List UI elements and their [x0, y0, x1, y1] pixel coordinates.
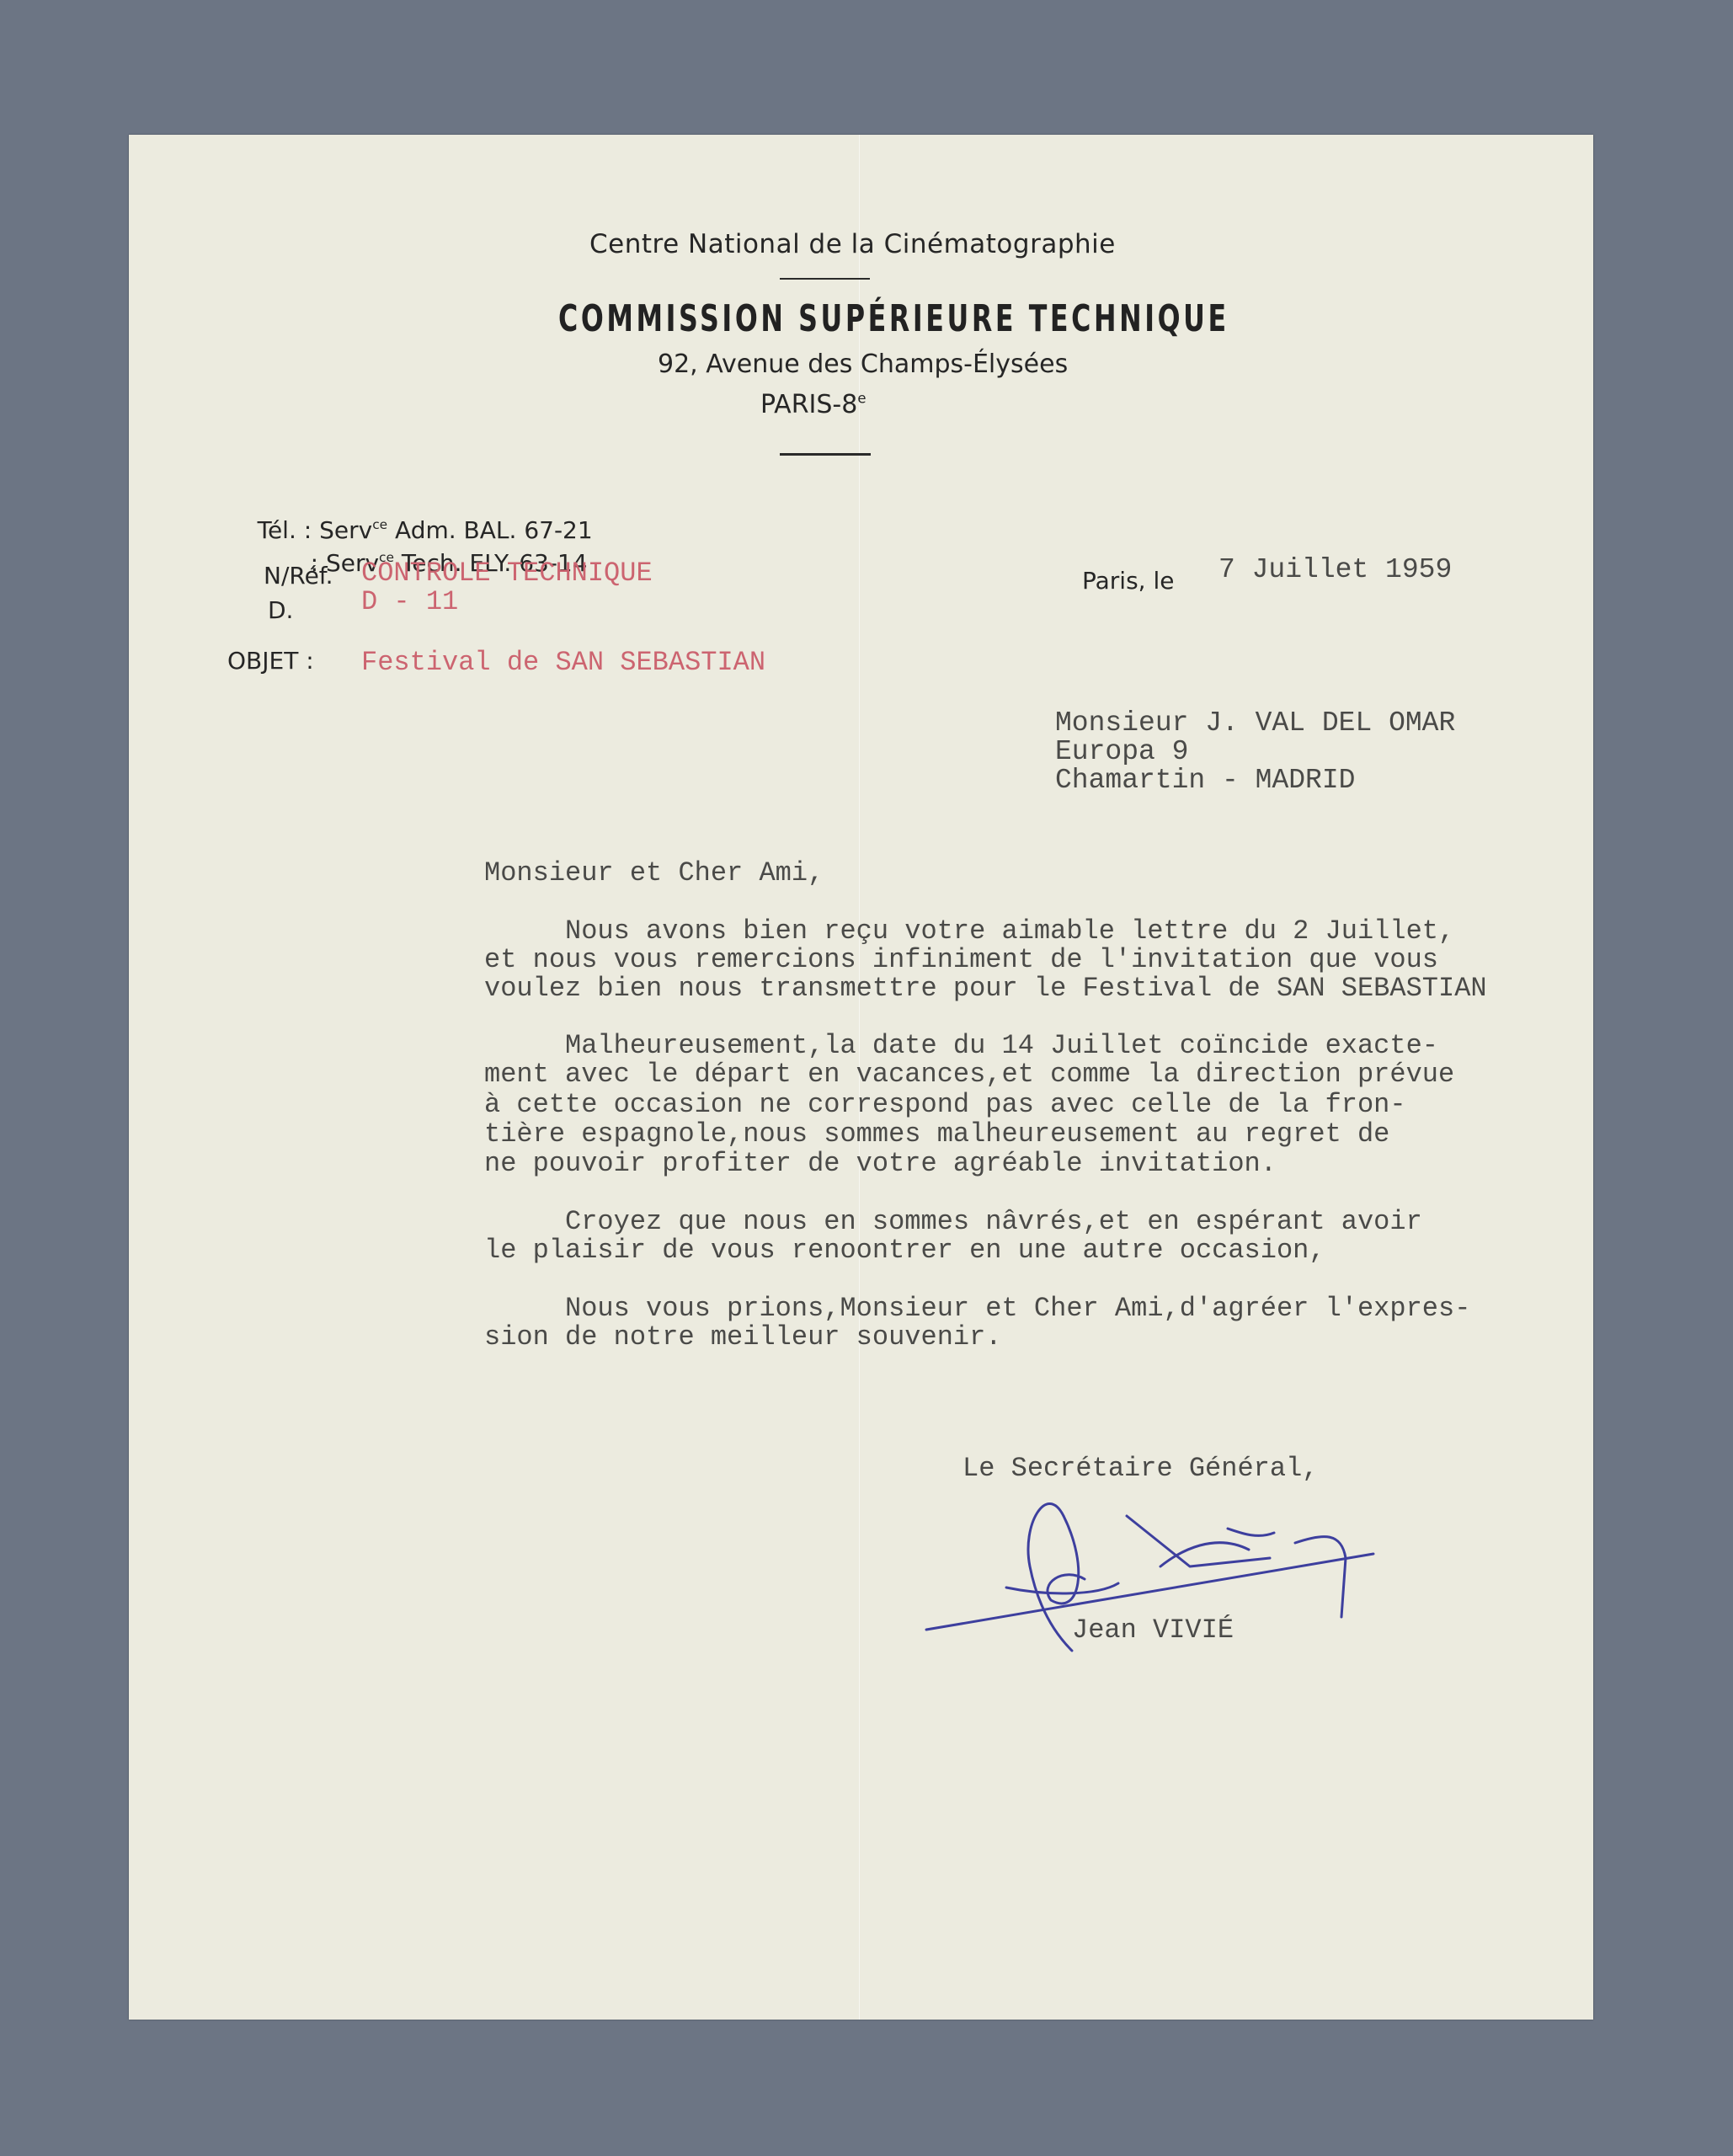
letter-page: Centre National de la Cinématographie CO… [129, 135, 1593, 2020]
signatory-name: Jean VIVIÉ [1072, 1614, 1234, 1646]
signature-icon [129, 135, 1593, 2020]
